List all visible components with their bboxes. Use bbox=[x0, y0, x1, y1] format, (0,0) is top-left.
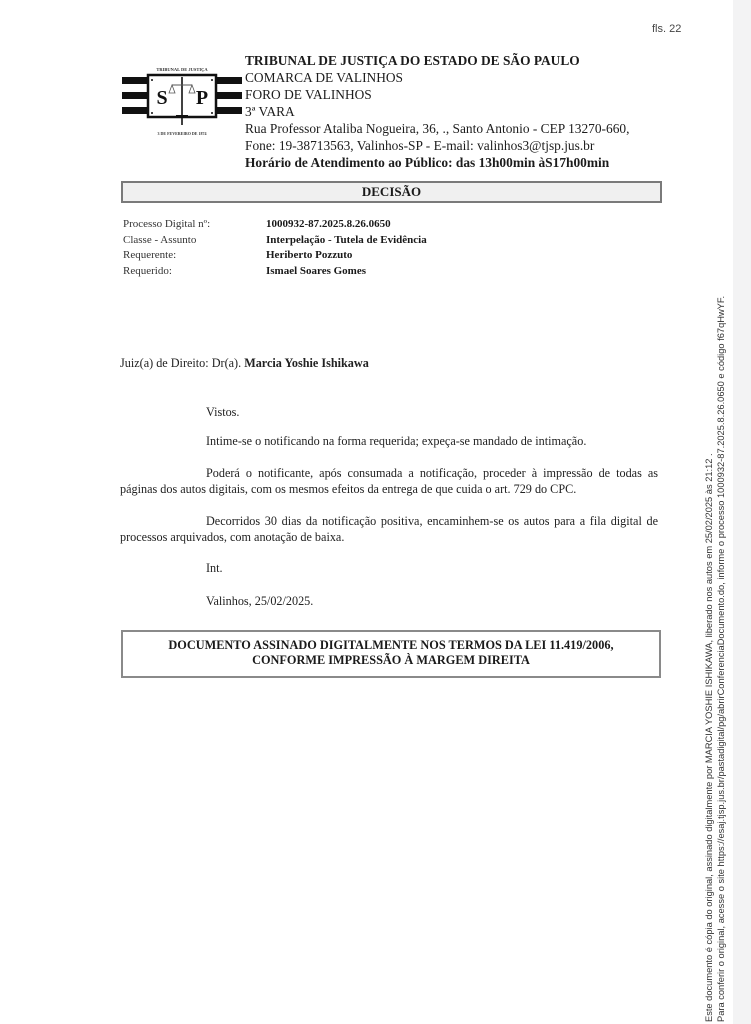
viewer-side-strip bbox=[733, 0, 751, 1024]
signature-notice: DOCUMENTO ASSINADO DIGITALMENTE NOS TERM… bbox=[121, 630, 661, 678]
metadata-label: Processo Digital nº: bbox=[123, 217, 266, 233]
case-class: Interpelação - Tutela de Evidência bbox=[266, 233, 427, 249]
logo-top-text: TRIBUNAL DE JUSTIÇA bbox=[156, 67, 208, 72]
page-number: fls. 22 bbox=[652, 23, 681, 35]
judge-label: Juiz(a) de Direito: Dr(a). bbox=[120, 356, 241, 370]
foro: FORO DE VALINHOS bbox=[245, 86, 629, 103]
svg-text:S: S bbox=[156, 87, 167, 109]
address: Rua Professor Ataliba Nogueira, 36, ., S… bbox=[245, 120, 629, 137]
comarca: COMARCA DE VALINHOS bbox=[245, 69, 629, 86]
metadata-label: Requerente: bbox=[123, 248, 266, 264]
case-metadata: Processo Digital nº: 1000932-87.2025.8.2… bbox=[123, 217, 427, 279]
margin-line1: Este documento é cópia do original, assi… bbox=[703, 142, 715, 1022]
signature-notice-line1: DOCUMENTO ASSINADO DIGITALMENTE NOS TERM… bbox=[123, 638, 659, 653]
metadata-label: Requerido: bbox=[123, 264, 266, 280]
case-number: 1000932-87.2025.8.26.0650 bbox=[266, 217, 391, 233]
contact: Fone: 19-38713563, Valinhos-SP - E-mail:… bbox=[245, 137, 629, 154]
tjsp-seal-icon: TRIBUNAL DE JUSTIÇA S P 3 DE FEVEREIRO D… bbox=[122, 63, 242, 139]
svg-text:P: P bbox=[196, 87, 208, 109]
vara: 3ª VARA bbox=[245, 103, 629, 120]
defendant: Ismael Soares Gomes bbox=[266, 264, 366, 280]
logo-bottom-text: 3 DE FEVEREIRO DE 1874 bbox=[158, 131, 207, 136]
metadata-row: Requerente: Heriberto Pozzuto bbox=[123, 248, 427, 264]
metadata-row: Processo Digital nº: 1000932-87.2025.8.2… bbox=[123, 217, 427, 233]
paragraph-podera: Poderá o notificante, após consumada a n… bbox=[120, 466, 658, 497]
plaintiff: Heriberto Pozzuto bbox=[266, 248, 352, 264]
judge-line: Juiz(a) de Direito: Dr(a). Marcia Yoshie… bbox=[120, 356, 369, 371]
signature-notice-line2: CONFORME IMPRESSÃO À MARGEM DIREITA bbox=[123, 653, 659, 668]
metadata-label: Classe - Assunto bbox=[123, 233, 266, 249]
document-title: DECISÃO bbox=[121, 181, 662, 203]
office-hours: Horário de Atendimento ao Público: das 1… bbox=[245, 154, 629, 171]
margin-line2: Para conferir o original, acesse o site … bbox=[715, 142, 727, 1022]
paragraph-intime: Intime-se o notificando na forma requeri… bbox=[206, 434, 666, 450]
paragraph-int: Int. bbox=[206, 561, 744, 577]
metadata-row: Requerido: Ismael Soares Gomes bbox=[123, 264, 427, 280]
paragraph-vistos: Vistos. bbox=[206, 405, 744, 421]
court-header: TRIBUNAL DE JUSTIÇA DO ESTADO DE SÃO PAU… bbox=[245, 52, 629, 171]
paragraph-decorridos: Decorridos 30 dias da notificação positi… bbox=[120, 514, 658, 545]
document-date: Valinhos, 25/02/2025. bbox=[206, 594, 744, 610]
metadata-row: Classe - Assunto Interpelação - Tutela d… bbox=[123, 233, 427, 249]
margin-authentication: Este documento é cópia do original, assi… bbox=[703, 142, 727, 1022]
judge-name: Marcia Yoshie Ishikawa bbox=[244, 356, 369, 370]
court-name: TRIBUNAL DE JUSTIÇA DO ESTADO DE SÃO PAU… bbox=[245, 52, 629, 69]
